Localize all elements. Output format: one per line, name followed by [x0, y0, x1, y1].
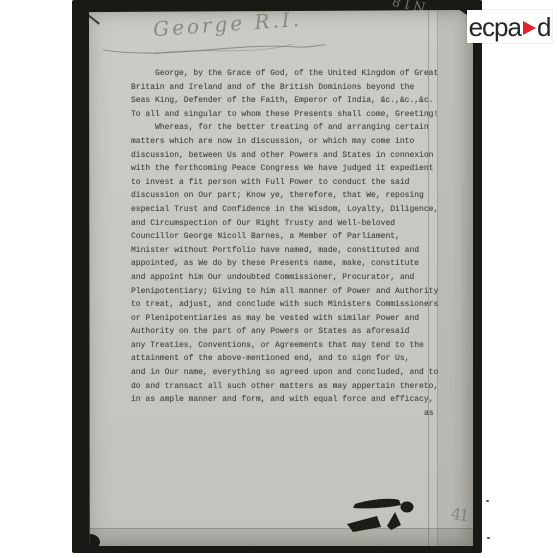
document-text: George, by the Grace of God, of the Unit…	[131, 67, 438, 407]
logo-text-right: d	[537, 14, 550, 40]
ecpad-logo: ecpa d	[467, 10, 552, 43]
document-line: with the forthcoming Peace Congress We h…	[131, 162, 438, 176]
document-line: and in Our name, everything so agreed up…	[131, 366, 438, 380]
document-line: discussion, between Us and other Powers …	[131, 149, 438, 163]
document-line: matters which are now in discussion, or …	[131, 135, 438, 149]
document-line: to invest a fit person with Full Power t…	[131, 176, 438, 190]
document-line: appointed, as We do by these Presents na…	[131, 257, 438, 271]
document-line: Authority on the part of any Powers or S…	[131, 325, 438, 339]
fold-shading	[437, 10, 474, 546]
vertical-fold-line	[428, 10, 429, 546]
royal-signature: George R.I.	[97, 10, 347, 64]
document-line: To all and singular to whom these Presen…	[131, 108, 438, 122]
photograph: N18 George R.I. George, by the Grace of …	[72, 0, 482, 553]
logo-arrow-icon	[523, 21, 536, 35]
corner-shadow-blob	[80, 534, 100, 550]
logo-text-left: ecpa	[469, 14, 521, 40]
pencil-annotation: 41	[450, 504, 469, 525]
document-line: Seas King, Defender of the Faith, Empero…	[131, 94, 438, 108]
document-line: in as ample manner and form, and with eq…	[131, 393, 438, 407]
dust-speck	[487, 537, 490, 539]
document-line: Plenipotentiary; Giving to him all manne…	[131, 285, 438, 299]
document-paper: George R.I. George, by the Grace of God,…	[89, 10, 473, 546]
document-line: Britain and Ireland and of the British D…	[131, 81, 438, 95]
document-line: Whereas, for the better treating of and …	[131, 121, 438, 135]
document-line: discussion on Our part; Know ye, therefo…	[131, 189, 438, 203]
document-line: George, by the Grace of God, of the Unit…	[131, 67, 438, 81]
document-line: do and transact all such other matters a…	[131, 380, 438, 394]
archive-scan-page: N18 George R.I. George, by the Grace of …	[0, 0, 558, 558]
document-line: Minister without Portfolio have named, m…	[131, 244, 438, 258]
document-line: Councillor George Nicoll Barnes, a Membe…	[131, 230, 438, 244]
ink-blots	[337, 492, 427, 544]
document-line: and Circumspection of Our Right Trusty a…	[131, 217, 438, 231]
document-line: attainment of the above-mentioned end, a…	[131, 352, 438, 366]
document-line: especial Trust and Confidence in the Wis…	[131, 203, 438, 217]
document-line: to treat, adjust, and conclude with such…	[131, 298, 438, 312]
document-line: any Treaties, Conventions, or Agreements…	[131, 339, 438, 353]
signature-flourish	[97, 36, 329, 62]
document-line: and appoint him Our undoubted Commission…	[131, 271, 438, 285]
dust-speck	[486, 500, 489, 502]
document-line: or Plenipotentiaries as may be vested wi…	[131, 312, 438, 326]
